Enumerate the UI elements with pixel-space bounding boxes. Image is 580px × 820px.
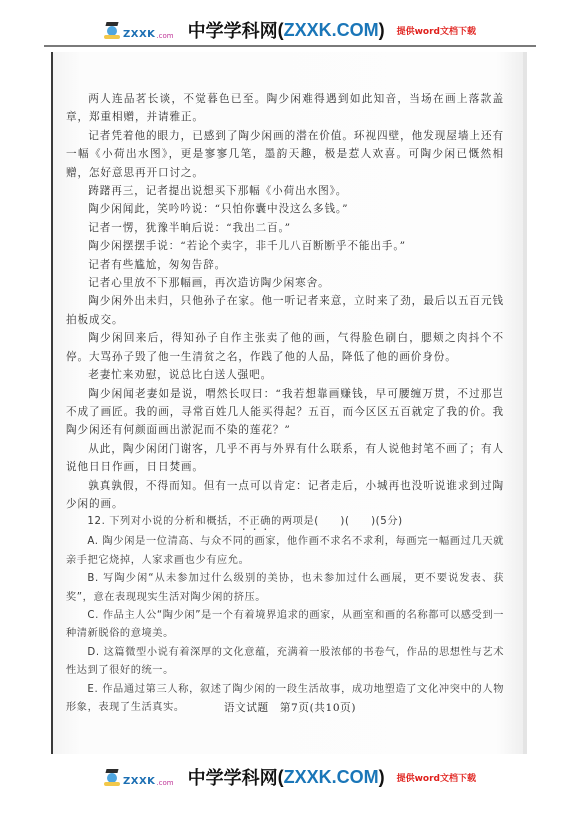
paren-close: ): [379, 20, 385, 41]
logo-text: ZXXK: [123, 29, 155, 40]
site-logo[interactable]: ZXXK .com: [104, 20, 174, 40]
site-domain[interactable]: ZXXK.COM: [284, 20, 379, 41]
paragraph: 从此，陶少闲闭门谢客，几乎不再与外界有什么联系，有人说他封笔不画了；有人说他日日…: [66, 440, 504, 477]
download-tagline[interactable]: 提供word文档下载: [397, 771, 476, 784]
option-c: C. 作品主人公“陶少闲”是一个有着境界追求的画家，从画室和画的名称都可以感受到…: [66, 607, 504, 644]
option-a: A. 陶少闲是一位清高、与众不同的画家，他作画不求名不求利，每画完一幅画过几天就…: [66, 533, 504, 570]
paragraph: 陶少闲外出未归，只他孙子在家。他一听记者来意，立时来了劲，最后以五百元钱拍板成交…: [66, 292, 504, 329]
download-tagline[interactable]: 提供word文档下载: [397, 24, 476, 37]
question-stem-prefix: 12. 下列对小说的分析和概括，: [87, 516, 238, 527]
mascot-icon: [104, 22, 122, 40]
option-d: D. 这篇微型小说有着深厚的文化意蕴，充满着一股浓郁的书卷气，作品的思想性与艺术…: [66, 644, 504, 681]
paragraph: 记者一愣，犹豫半晌后说：“我出二百。”: [66, 219, 504, 237]
question-stem-emphasis: 不正确: [239, 516, 271, 527]
site-title: 中学学科网: [188, 17, 278, 43]
header-divider: [44, 45, 536, 47]
paragraph: 记者凭着他的眼力，已感到了陶少闲画的潜在价值。环视四壁，他发现屋墙上还有一幅《小…: [66, 127, 504, 182]
paragraph: 陶少闲回来后，得知孙子自作主张卖了他的画，气得脸色刷白，腮颊之肉抖个不停。大骂孙…: [66, 329, 504, 366]
site-title: 中学学科网: [188, 764, 278, 790]
site-domain[interactable]: ZXXK.COM: [284, 767, 379, 788]
site-footer-banner: ZXXK .com 中学学科网 ( ZXXK.COM ) 提供word文档下载: [0, 764, 580, 790]
paragraph: 踌躇再三，记者提出说想买下那幅《小荷出水图》。: [66, 182, 504, 200]
paragraph: 陶少闲摆摆手说：“若论个卖字，非千儿八百断断乎不能出手。”: [66, 237, 504, 255]
question-stem: 12. 下列对小说的分析和概括，不正确的两项是( )( )(5分): [66, 513, 504, 533]
paragraph: 老妻忙来劝慰，说总比白送人强吧。: [66, 366, 504, 384]
logo-suffix: .com: [156, 779, 173, 787]
logo-text: ZXXK: [123, 776, 155, 787]
paragraph: 孰真孰假，不得而知。但有一点可以肯定：记者走后，小城再也没听说谁求到过陶少闲的画…: [66, 477, 504, 514]
paragraph: 陶少闲闻此，笑吟吟说：“只怕你囊中没这么多钱。”: [66, 200, 504, 218]
paragraph: 两人连品茗长谈，不觉暮色已至。陶少闲难得遇到如此知音，当场在画上落款盖章，郑重相…: [66, 90, 504, 127]
option-b: B. 写陶少闲“从未参加过什么级别的美协，也未参加过什么画展，更不要说发表、获奖…: [66, 570, 504, 607]
paragraph: 记者有些尴尬，匆匆告辞。: [66, 256, 504, 274]
question-stem-suffix: 的两项是( )( )(5分): [271, 516, 403, 527]
site-header-banner: ZXXK .com 中学学科网 ( ZXXK.COM ) 提供word文档下载: [0, 17, 580, 43]
page-number-footer: 语文试题 第7页(共10页): [0, 700, 580, 715]
paragraph: 陶少闲闻老妻如是说，喟然长叹曰：“我若想靠画赚钱，早可腰缠万贯，不过那岂不成了画…: [66, 385, 504, 440]
paragraph: 记者心里放不下那幅画，再次造访陶少闲寒舍。: [66, 274, 504, 292]
logo-suffix: .com: [156, 32, 173, 40]
site-logo[interactable]: ZXXK .com: [104, 767, 174, 787]
document-body: 两人连品茗长谈，不觉暮色已至。陶少闲难得遇到如此知音，当场在画上落款盖章，郑重相…: [66, 90, 504, 717]
paren-close: ): [379, 767, 385, 788]
mascot-icon: [104, 769, 122, 787]
